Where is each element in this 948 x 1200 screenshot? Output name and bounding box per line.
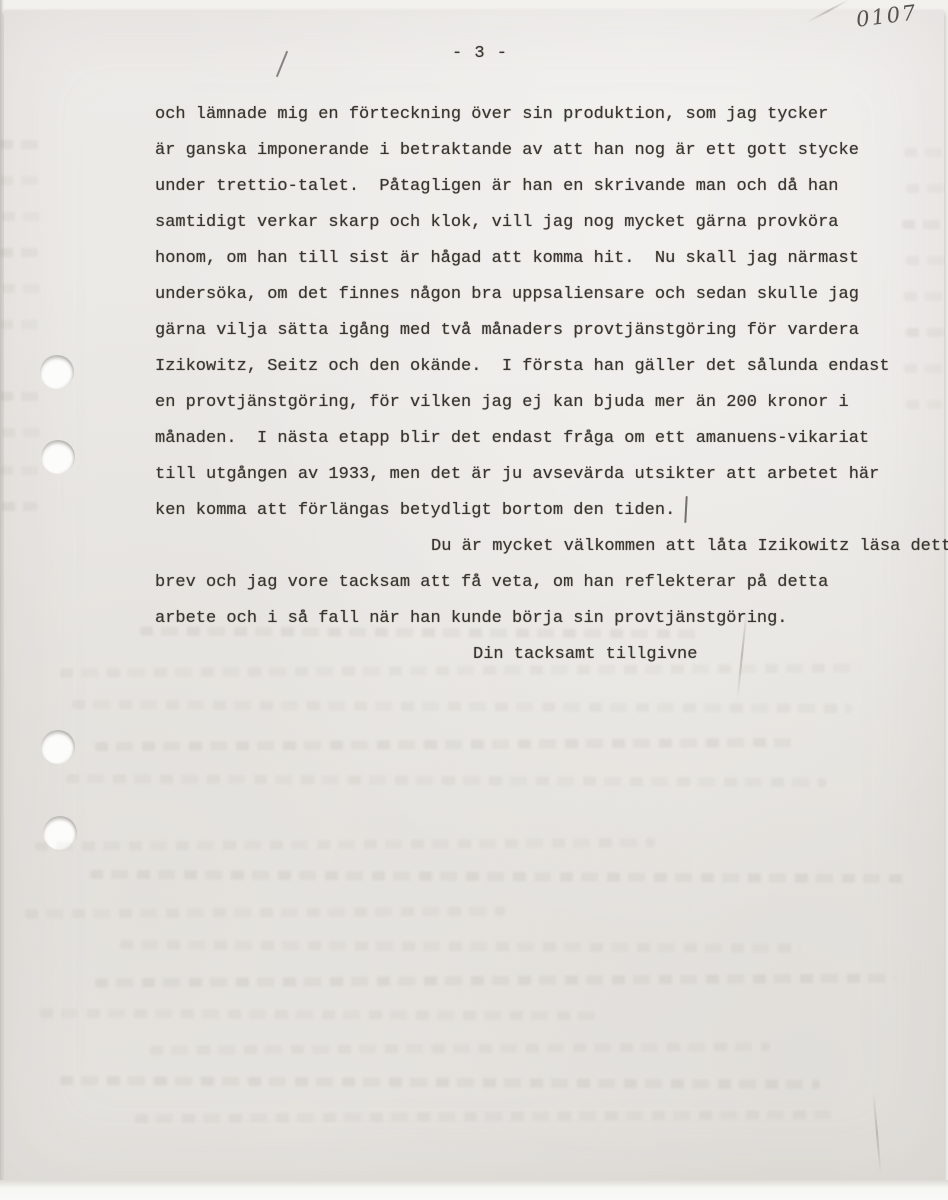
text-line: en provtjänstgöring, för vilken jag ej k… xyxy=(155,385,935,421)
text-line: ken komma att förlängas betydligt bortom… xyxy=(155,493,935,529)
text-line: under trettio-talet. Påtagligen är han e… xyxy=(155,169,935,205)
text-line: gärna vilja sätta igång med två månaders… xyxy=(155,313,935,349)
paper-bottom-edge xyxy=(0,1180,948,1200)
text-line: till utgången av 1933, men det är ju avs… xyxy=(155,457,935,493)
text-line: arbete och i så fall när han kunde börja… xyxy=(155,601,935,637)
closing-line: Din tacksamt tillgivne xyxy=(155,637,935,673)
text-line: honom, om han till sist är hågad att kom… xyxy=(155,241,935,277)
punch-hole xyxy=(41,730,75,764)
text-line: månaden. I nästa etapp blir det endast f… xyxy=(155,421,935,457)
punch-hole xyxy=(40,355,74,389)
page-number: - 3 - xyxy=(452,44,508,63)
scanned-letter-page: 0107 - 3 - och lämnade mig en förtecknin… xyxy=(0,0,948,1200)
text-line: samtidigt verkar skarp och klok, vill ja… xyxy=(155,205,935,241)
text-line: Izikowitz, Seitz och den okände. I först… xyxy=(155,349,935,385)
text-line: Du är mycket välkommen att låta Izikowit… xyxy=(155,529,935,565)
scan-left-edge xyxy=(0,0,4,1200)
text-line: och lämnade mig en förteckning över sin … xyxy=(155,97,935,133)
text-line: undersöka, om det finnes någon bra uppsa… xyxy=(155,277,935,313)
text-line: brev och jag vore tacksam att få veta, o… xyxy=(155,565,935,601)
letter-body: och lämnade mig en förteckning över sin … xyxy=(155,97,935,673)
text-line: är ganska imponerande i betraktande av a… xyxy=(155,133,935,169)
punch-hole xyxy=(41,440,75,474)
punch-hole xyxy=(43,816,77,850)
